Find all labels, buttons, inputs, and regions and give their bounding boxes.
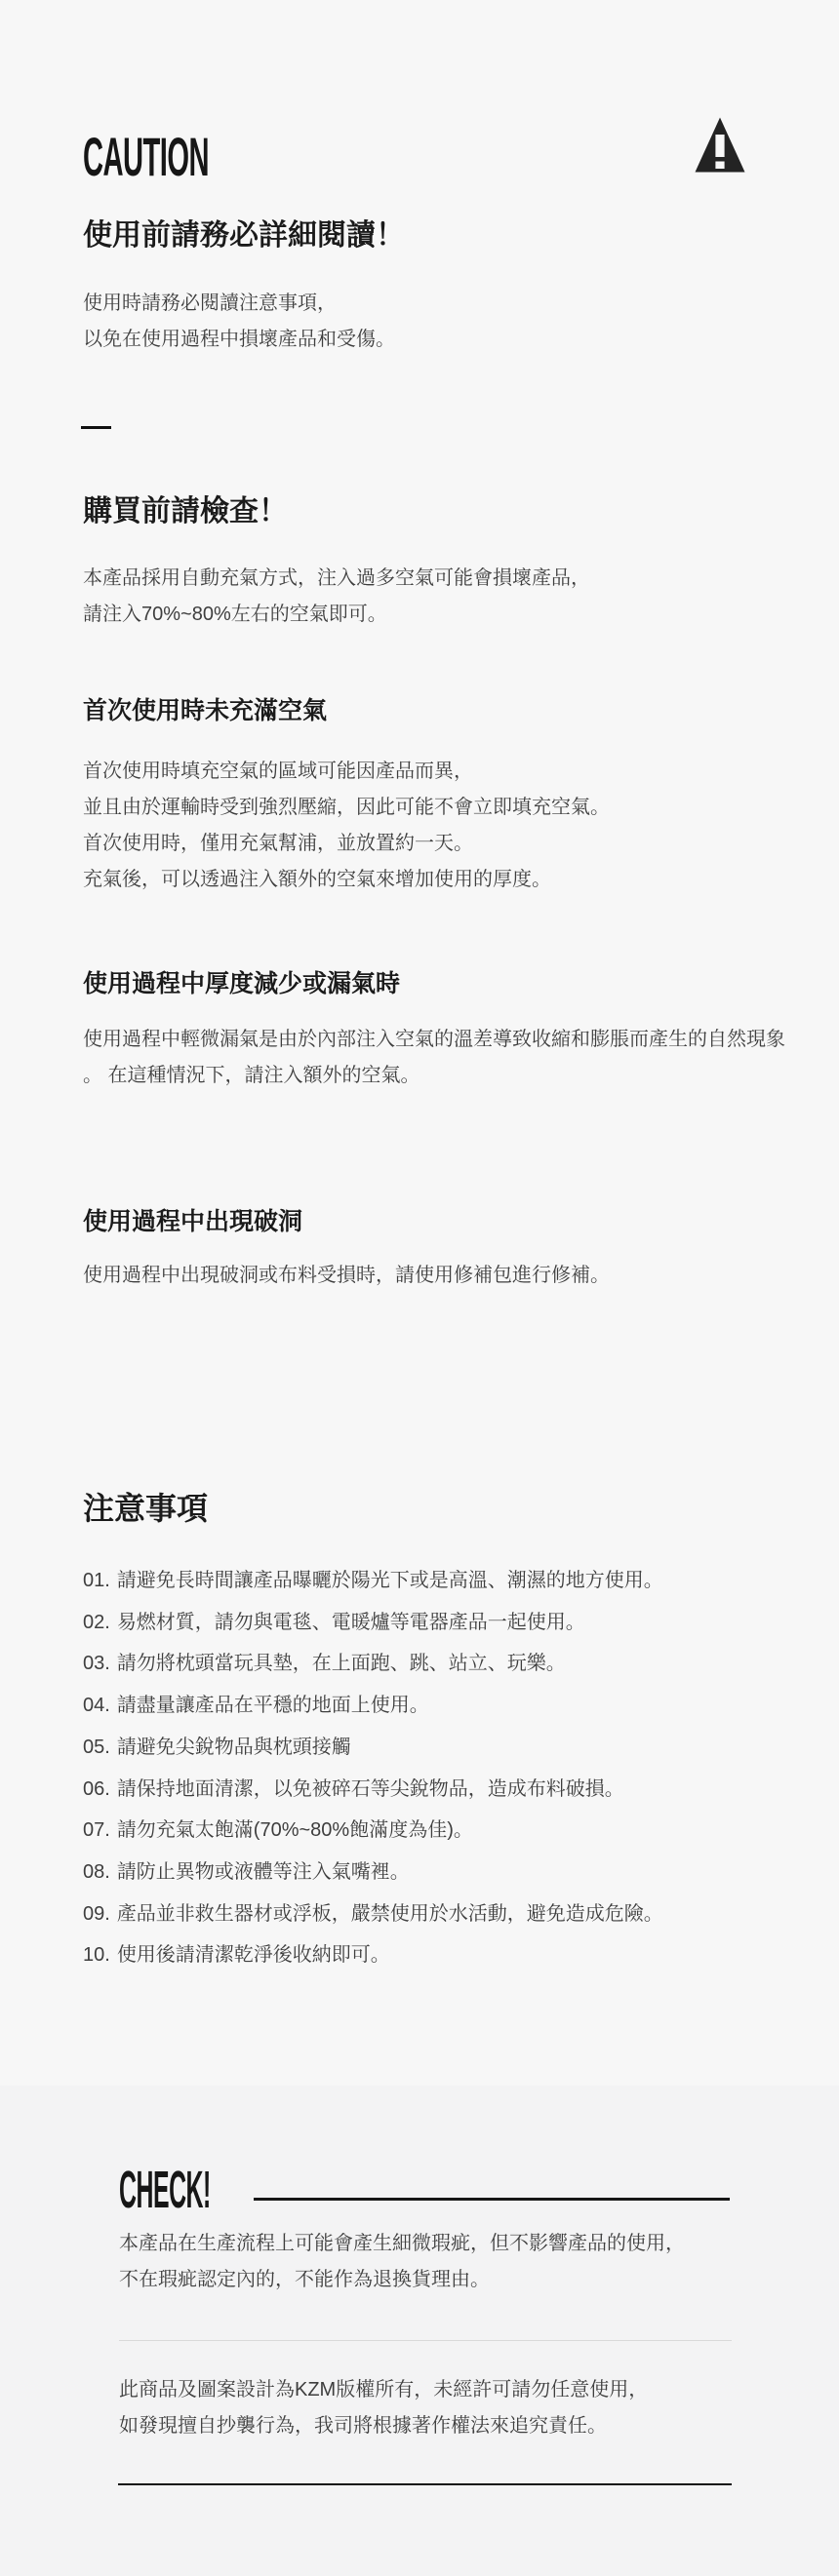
list-item-number: 03.	[83, 1653, 110, 1674]
section-thickness-leak-paragraph: 使用過程中輕微漏氣是由於內部注入空氣的溫差導致收縮和膨脹而產生的自然現象 。 在…	[83, 1022, 836, 1094]
list-item-number: 09.	[83, 1903, 110, 1925]
paragraph-line: 使用時請務必閱讀注意事項，	[83, 286, 836, 322]
caution-title-text: CAUTION	[83, 130, 209, 184]
warning-triangle-icon	[695, 116, 745, 174]
bottom-rule	[118, 2483, 732, 2485]
paragraph-line: 如發現擅自抄襲行為，我司將根據著作權法來追究責任。	[119, 2408, 802, 2444]
paragraph-line: 首次使用時填充空氣的區域可能因產品而異，	[83, 754, 836, 790]
list-item-text: 請防止異物或液體等注入氣嘴裡。	[117, 1861, 410, 1883]
paragraph-line: 不在瑕疵認定內的，不能作為退換貨理由。	[119, 2262, 802, 2298]
list-item: 03.請勿將枕頭當玩具墊，在上面跑、跳、站立、玩樂。	[83, 1643, 836, 1685]
section-heading-holes: 使用過程中出現破洞	[83, 1207, 302, 1236]
list-item-number: 05.	[83, 1737, 110, 1758]
section-heading-read-first: 使用前請務必詳細閱讀！	[83, 219, 405, 253]
list-item-text: 使用後請清潔乾淨後收納即可。	[117, 1944, 390, 1966]
list-item-text: 請盡量讓產品在平穩的地面上使用。	[117, 1695, 429, 1716]
list-item-number: 07.	[83, 1819, 110, 1841]
check-title: CHECK!	[119, 2164, 318, 2216]
paragraph-line: 請注入70%~80%左右的空氣即可。	[83, 597, 836, 633]
precautions-list: 01.請避免長時間讓產品曝曬於陽光下或是高溫、潮濕的地方使用。 02.易燃材質，…	[83, 1560, 836, 1976]
check-title-text: CHECK!	[119, 2164, 211, 2216]
list-item: 06.請保持地面清潔，以免被碎石等尖銳物品，造成布料破損。	[83, 1769, 836, 1811]
list-item-text: 產品並非救生器材或浮板，嚴禁使用於水活動，避免造成危險。	[117, 1903, 663, 1925]
paragraph-line: 首次使用時，僅用充氣幫浦，並放置約一天。	[83, 826, 836, 862]
paragraph-line: 使用過程中出現破洞或布料受損時，請使用修補包進行修補。	[83, 1258, 836, 1294]
list-item-number: 02.	[83, 1612, 110, 1633]
section-heading-first-use: 首次使用時未充滿空氣	[83, 696, 327, 725]
dash-divider	[81, 426, 111, 429]
paragraph-line: 以免在使用過程中損壞產品和受傷。	[83, 322, 836, 358]
list-item: 07.請勿充氣太飽滿(70%~80%飽滿度為佳)。	[83, 1810, 836, 1852]
list-item-text: 請避免尖銳物品與枕頭接觸	[117, 1737, 351, 1758]
section-holes-paragraph: 使用過程中出現破洞或布料受損時，請使用修補包進行修補。	[83, 1258, 836, 1294]
section-first-use-paragraph: 首次使用時填充空氣的區域可能因產品而異， 並且由於運輸時受到強烈壓縮，因此可能不…	[83, 754, 836, 898]
paragraph-line: 並且由於運輸時受到強烈壓縮，因此可能不會立即填充空氣。	[83, 790, 836, 826]
paragraph-line: 充氣後，可以透過注入額外的空氣來增加使用的厚度。	[83, 862, 836, 898]
list-item-number: 06.	[83, 1778, 110, 1800]
check-title-rule	[254, 2198, 730, 2201]
list-item-text: 請保持地面清潔，以免被碎石等尖銳物品，造成布料破損。	[117, 1778, 624, 1800]
paragraph-line: 。 在這種情況下，請注入額外的空氣。	[83, 1058, 836, 1094]
list-item: 01.請避免長時間讓產品曝曬於陽光下或是高溫、潮濕的地方使用。	[83, 1560, 836, 1602]
list-item: 09.產品並非救生器材或浮板，嚴禁使用於水活動，避免造成危險。	[83, 1893, 836, 1935]
copyright-paragraph: 此商品及圖案設計為KZM版權所有，未經許可請勿任意使用， 如發現擅自抄襲行為，我…	[119, 2372, 802, 2444]
list-item-text: 請勿將枕頭當玩具墊，在上面跑、跳、站立、玩樂。	[117, 1653, 566, 1674]
paragraph-line: 本產品採用自動充氣方式，注入過多空氣可能會損壞產品，	[83, 561, 836, 597]
check-section-band	[0, 2086, 839, 2576]
paragraph-line: 本產品在生產流程上可能會產生細微瑕疵，但不影響產品的使用，	[119, 2226, 802, 2262]
list-item: 08.請防止異物或液體等注入氣嘴裡。	[83, 1852, 836, 1893]
section-read-first-paragraph: 使用時請務必閱讀注意事項， 以免在使用過程中損壞產品和受傷。	[83, 286, 836, 358]
list-item-number: 04.	[83, 1695, 110, 1716]
list-item-text: 請勿充氣太飽滿(70%~80%飽滿度為佳)。	[117, 1819, 473, 1841]
caution-title: CAUTION	[83, 130, 325, 184]
list-item-text: 請避免長時間讓產品曝曬於陽光下或是高溫、潮濕的地方使用。	[117, 1570, 663, 1591]
list-item: 10.使用後請清潔乾淨後收納即可。	[83, 1934, 836, 1976]
check-paragraph: 本產品在生產流程上可能會產生細微瑕疵，但不影響產品的使用， 不在瑕疵認定內的，不…	[119, 2226, 802, 2298]
section-heading-check-before-buy: 購買前請檢查！	[83, 495, 288, 528]
paragraph-line: 使用過程中輕微漏氣是由於內部注入空氣的溫差導致收縮和膨脹而產生的自然現象	[83, 1022, 836, 1058]
list-item: 05.請避免尖銳物品與枕頭接觸	[83, 1727, 836, 1769]
paragraph-line: 此商品及圖案設計為KZM版權所有，未經許可請勿任意使用，	[119, 2372, 802, 2408]
list-item-number: 08.	[83, 1861, 110, 1883]
soft-divider	[119, 2340, 732, 2341]
section-heading-thickness-leak: 使用過程中厚度減少或漏氣時	[83, 969, 400, 998]
precautions-heading: 注意事項	[83, 1491, 208, 1526]
list-item-number: 01.	[83, 1570, 110, 1591]
caution-notice-page: CAUTION 使用前請務必詳細閱讀！ 使用時請務必閱讀注意事項， 以免在使用過…	[0, 0, 839, 2576]
list-item: 02.易燃材質，請勿與電毯、電暖爐等電器產品一起使用。	[83, 1602, 836, 1644]
list-item-text: 易燃材質，請勿與電毯、電暖爐等電器產品一起使用。	[117, 1612, 585, 1633]
section-check-before-buy-paragraph: 本產品採用自動充氣方式，注入過多空氣可能會損壞產品， 請注入70%~80%左右的…	[83, 561, 836, 633]
list-item-number: 10.	[83, 1944, 110, 1966]
list-item: 04.請盡量讓產品在平穩的地面上使用。	[83, 1685, 836, 1727]
